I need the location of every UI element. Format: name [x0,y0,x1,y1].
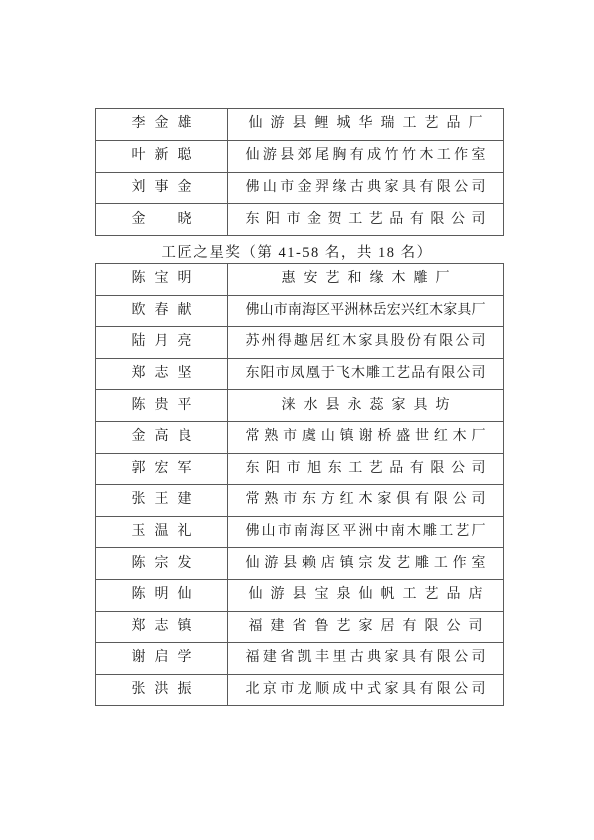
winner-organization: 苏州得趣居红木家具股份有限公司 [228,327,504,359]
winner-name: 李金雄 [96,109,228,141]
table-row: 李金雄 仙游县鲤城华瑞工艺品厂 [96,109,504,141]
winner-organization: 仙游县宝泉仙帆工艺品店 [228,579,504,611]
winner-organization: 惠安艺和缘木雕厂 [228,264,504,296]
winner-name: 刘事金 [96,172,228,204]
section-heading: 工匠之星奖（第 41-58 名，共 18 名） [0,241,594,262]
award-table-bottom: 陈宝明 惠安艺和缘木雕厂 欧春献 佛山市南海区平洲林岳宏兴红木家具厂 陆月亮 苏… [95,263,504,706]
table-row: 金高良 常熟市虞山镇谢桥盛世红木厂 [96,421,504,453]
winner-name: 金 晓 [96,204,228,236]
table-row: 叶新聪 仙游县郊尾胸有成竹竹木工作室 [96,140,504,172]
table-row: 金 晓 东阳市金贺工艺品有限公司 [96,204,504,236]
winner-name: 郑志镇 [96,611,228,643]
winner-name: 陆月亮 [96,327,228,359]
winner-name: 陈明仙 [96,579,228,611]
winner-organization: 北京市龙顺成中式家具有限公司 [228,674,504,706]
winner-organization: 仙游县赖店镇宗发艺雕工作室 [228,548,504,580]
winner-organization: 涞水县永蕊家具坊 [228,390,504,422]
winner-organization: 东阳市旭东工艺品有限公司 [228,453,504,485]
table-row: 陆月亮 苏州得趣居红木家具股份有限公司 [96,327,504,359]
winner-organization: 常熟市东方红木家俱有限公司 [228,485,504,517]
winner-name: 张王建 [96,485,228,517]
table-row: 郑志坚 东阳市凤凰于飞木雕工艺品有限公司 [96,358,504,390]
table-row: 张洪振 北京市龙顺成中式家具有限公司 [96,674,504,706]
winner-organization: 佛山市金羿缘古典家具有限公司 [228,172,504,204]
table-row: 陈宗发 仙游县赖店镇宗发艺雕工作室 [96,548,504,580]
table-row: 郭宏军 东阳市旭东工艺品有限公司 [96,453,504,485]
winner-organization: 仙游县郊尾胸有成竹竹木工作室 [228,140,504,172]
table-row: 郑志镇 福建省鲁艺家居有限公司 [96,611,504,643]
table-row: 陈贵平 涞水县永蕊家具坊 [96,390,504,422]
winner-name: 陈贵平 [96,390,228,422]
winner-organization: 东阳市凤凰于飞木雕工艺品有限公司 [228,358,504,390]
winner-organization: 佛山市南海区平洲林岳宏兴红木家具厂 [228,295,504,327]
table-row: 张王建 常熟市东方红木家俱有限公司 [96,485,504,517]
winner-organization: 常熟市虞山镇谢桥盛世红木厂 [228,421,504,453]
winner-name: 张洪振 [96,674,228,706]
table-row: 玉温礼 佛山市南海区平洲中南木雕工艺厂 [96,516,504,548]
winner-organization: 福建省鲁艺家居有限公司 [228,611,504,643]
winner-name: 郭宏军 [96,453,228,485]
table-row: 刘事金 佛山市金羿缘古典家具有限公司 [96,172,504,204]
winner-organization: 福建省凯丰里古典家具有限公司 [228,643,504,675]
table-row: 谢启学 福建省凯丰里古典家具有限公司 [96,643,504,675]
winner-name: 欧春献 [96,295,228,327]
table-row: 欧春献 佛山市南海区平洲林岳宏兴红木家具厂 [96,295,504,327]
table-row: 陈宝明 惠安艺和缘木雕厂 [96,264,504,296]
winner-organization: 仙游县鲤城华瑞工艺品厂 [228,109,504,141]
winner-name: 陈宗发 [96,548,228,580]
winner-name: 叶新聪 [96,140,228,172]
winner-name: 金高良 [96,421,228,453]
winner-name: 陈宝明 [96,264,228,296]
document-page: 李金雄 仙游县鲤城华瑞工艺品厂 叶新聪 仙游县郊尾胸有成竹竹木工作室 刘事金 佛… [0,0,594,840]
winner-name: 郑志坚 [96,358,228,390]
winner-organization: 东阳市金贺工艺品有限公司 [228,204,504,236]
award-table-top: 李金雄 仙游县鲤城华瑞工艺品厂 叶新聪 仙游县郊尾胸有成竹竹木工作室 刘事金 佛… [95,108,504,236]
table-row: 陈明仙 仙游县宝泉仙帆工艺品店 [96,579,504,611]
winner-name: 玉温礼 [96,516,228,548]
winner-organization: 佛山市南海区平洲中南木雕工艺厂 [228,516,504,548]
winner-name: 谢启学 [96,643,228,675]
